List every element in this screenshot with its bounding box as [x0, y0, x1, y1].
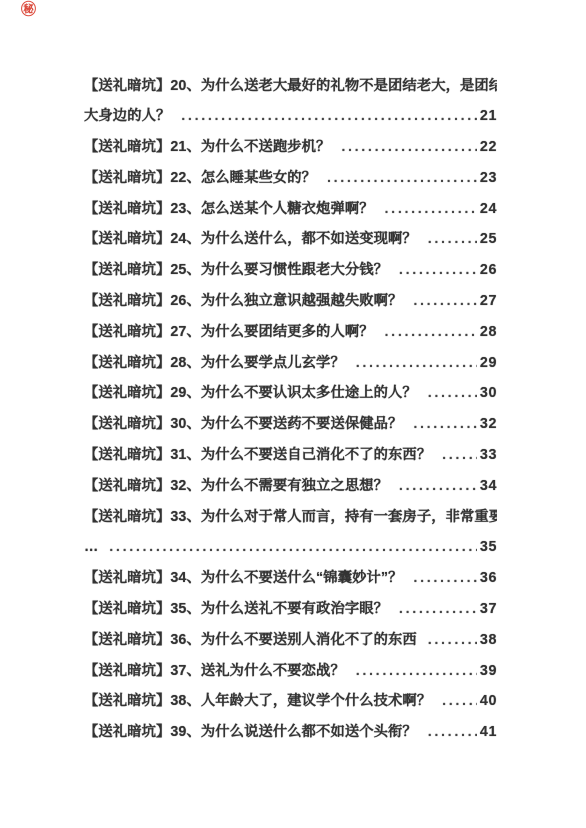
- toc-row-text: 【送礼暗坑】20、为什么送老大最好的礼物不是团结老大，是团结老: [84, 71, 497, 102]
- toc-row-text: 【送礼暗坑】36、为什么不要送别人消化不了的东西: [84, 625, 417, 656]
- toc-row-text: 【送礼暗坑】30、为什么不要送药不要送保健品？: [84, 409, 402, 440]
- toc-row-text: 【送礼暗坑】27、为什么要团结更多的人啊？: [84, 317, 374, 348]
- toc-page-number: 32: [480, 409, 497, 440]
- toc-dotted-leader: [341, 132, 476, 163]
- toc-row-text: 【送礼暗坑】35、为什么送礼不要有政治字眼？: [84, 594, 388, 625]
- toc-dotted-leader: [442, 440, 477, 471]
- toc-row-text: 【送礼暗坑】24、为什么送什么，都不如送变现啊？: [84, 224, 417, 255]
- toc-row: 【送礼暗坑】38、人年龄大了，建议学个什么技术啊？ 40: [84, 686, 497, 717]
- toc-row-text: 【送礼暗坑】39、为什么说送什么都不如送个头衔？: [84, 717, 417, 748]
- toc-page-number: 35: [480, 532, 497, 563]
- toc-row: 【送礼暗坑】32、为什么不需要有独立之思想？ 34: [84, 471, 497, 502]
- toc-row-text: 【送礼暗坑】22、怎么睡某些女的？: [84, 163, 316, 194]
- toc-row-text: 【送礼暗坑】26、为什么独立意识越强越失败啊？: [84, 286, 402, 317]
- toc-dotted-leader: [356, 656, 477, 687]
- toc-page-number: 26: [480, 255, 497, 286]
- toc-row: 【送礼暗坑】34、为什么不要送什么“锦囊妙计”？ 36: [84, 563, 497, 594]
- toc-row: 【送礼暗坑】28、为什么要学点儿玄学？ 29: [84, 348, 497, 379]
- toc-row-text: 【送礼暗坑】23、怎么送某个人糖衣炮弹啊？: [84, 194, 374, 225]
- red-stamp-icon: ㊙: [21, 2, 36, 17]
- toc-page-number: 37: [480, 594, 497, 625]
- toc-row: 【送礼暗坑】39、为什么说送什么都不如送个头衔？ 41: [84, 717, 497, 748]
- toc-page-number: 41: [480, 717, 497, 748]
- toc-dotted-leader: [399, 594, 477, 625]
- toc-row-text: 【送礼暗坑】28、为什么要学点儿玄学？: [84, 348, 345, 379]
- toc-dotted-leader: [356, 348, 477, 379]
- toc-page-number: 23: [480, 163, 497, 194]
- toc-list: 【送礼暗坑】20、为什么送老大最好的礼物不是团结老大，是团结老 大身边的人？ 2…: [84, 71, 497, 749]
- toc-dotted-leader: [413, 286, 476, 317]
- toc-row-text: 【送礼暗坑】29、为什么不要认识太多仕途上的人？: [84, 378, 417, 409]
- toc-page-number: 21: [480, 101, 497, 132]
- toc-dotted-leader: [413, 409, 476, 440]
- toc-row-text: 【送礼暗坑】31、为什么不要送自己消化不了的东西？: [84, 440, 431, 471]
- toc-row: 【送礼暗坑】33、为什么对于常人而言，持有一套房子，非常重要…: [84, 502, 497, 533]
- toc-row: 【送礼暗坑】36、为什么不要送别人消化不了的东西 38: [84, 625, 497, 656]
- toc-row-text: 大身边的人？: [84, 101, 170, 132]
- toc-dotted-leader: [414, 563, 477, 594]
- scanned-toc-page: ㊙ 【送礼暗坑】20、为什么送老大最好的礼物不是团结老大，是团结老 大身边的人？…: [0, 0, 586, 828]
- toc-dotted-leader: [385, 194, 477, 225]
- toc-row-text: …: [84, 532, 98, 563]
- toc-row: 【送礼暗坑】31、为什么不要送自己消化不了的东西？ 33: [84, 440, 497, 471]
- toc-page-number: 25: [480, 224, 497, 255]
- toc-row-text: 【送礼暗坑】34、为什么不要送什么“锦囊妙计”？: [84, 563, 403, 594]
- toc-row-text: 【送礼暗坑】25、为什么要习惯性跟老大分钱？: [84, 255, 388, 286]
- toc-row: 【送礼暗坑】27、为什么要团结更多的人啊？ 28: [84, 317, 497, 348]
- toc-page-number: 28: [480, 317, 497, 348]
- toc-page-number: 34: [480, 471, 497, 502]
- toc-dotted-leader: [385, 317, 477, 348]
- toc-row: 【送礼暗坑】37、送礼为什么不要恋战？ 39: [84, 656, 497, 687]
- toc-dotted-leader: [442, 686, 477, 717]
- toc-row: 【送礼暗坑】21、为什么不送跑步机？ 22: [84, 132, 497, 163]
- toc-dotted-leader: [428, 378, 477, 409]
- toc-page-number: 22: [480, 132, 497, 163]
- toc-dotted-leader: [399, 471, 477, 502]
- toc-dotted-leader: [428, 625, 477, 656]
- toc-dotted-leader: [327, 163, 477, 194]
- toc-row: 【送礼暗坑】35、为什么送礼不要有政治字眼？ 37: [84, 594, 497, 625]
- toc-page-number: 40: [480, 686, 497, 717]
- toc-row: 【送礼暗坑】20、为什么送老大最好的礼物不是团结老大，是团结老: [84, 71, 497, 102]
- toc-page-number: 30: [480, 378, 497, 409]
- toc-page-number: 38: [480, 625, 497, 656]
- toc-page-number: 33: [480, 440, 497, 471]
- toc-page-number: 36: [480, 563, 497, 594]
- toc-row: 大身边的人？ 21: [84, 101, 497, 132]
- toc-page-number: 39: [480, 656, 497, 687]
- toc-row-text: 【送礼暗坑】37、送礼为什么不要恋战？: [84, 656, 345, 687]
- toc-page-number: 29: [480, 348, 497, 379]
- toc-dotted-leader: [181, 101, 477, 132]
- toc-row: 【送礼暗坑】22、怎么睡某些女的？ 23: [84, 163, 497, 194]
- toc-dotted-leader: [428, 717, 477, 748]
- toc-row: … 35: [84, 532, 497, 563]
- toc-row: 【送礼暗坑】24、为什么送什么，都不如送变现啊？ 25: [84, 224, 497, 255]
- toc-row: 【送礼暗坑】26、为什么独立意识越强越失败啊？ 27: [84, 286, 497, 317]
- toc-dotted-leader: [399, 255, 477, 286]
- toc-row-text: 【送礼暗坑】38、人年龄大了，建议学个什么技术啊？: [84, 686, 431, 717]
- toc-page-number: 27: [480, 286, 497, 317]
- toc-row: 【送礼暗坑】23、怎么送某个人糖衣炮弹啊？ 24: [84, 194, 497, 225]
- toc-row: 【送礼暗坑】25、为什么要习惯性跟老大分钱？ 26: [84, 255, 497, 286]
- toc-row-text: 【送礼暗坑】21、为什么不送跑步机？: [84, 132, 330, 163]
- toc-row-text: 【送礼暗坑】32、为什么不需要有独立之思想？: [84, 471, 388, 502]
- toc-row-text: 【送礼暗坑】33、为什么对于常人而言，持有一套房子，非常重要…: [84, 502, 497, 533]
- toc-page-number: 24: [480, 194, 497, 225]
- toc-dotted-leader: [428, 224, 477, 255]
- toc-row: 【送礼暗坑】30、为什么不要送药不要送保健品？ 32: [84, 409, 497, 440]
- toc-row: 【送礼暗坑】29、为什么不要认识太多仕途上的人？ 30: [84, 378, 497, 409]
- toc-dotted-leader: [109, 532, 476, 563]
